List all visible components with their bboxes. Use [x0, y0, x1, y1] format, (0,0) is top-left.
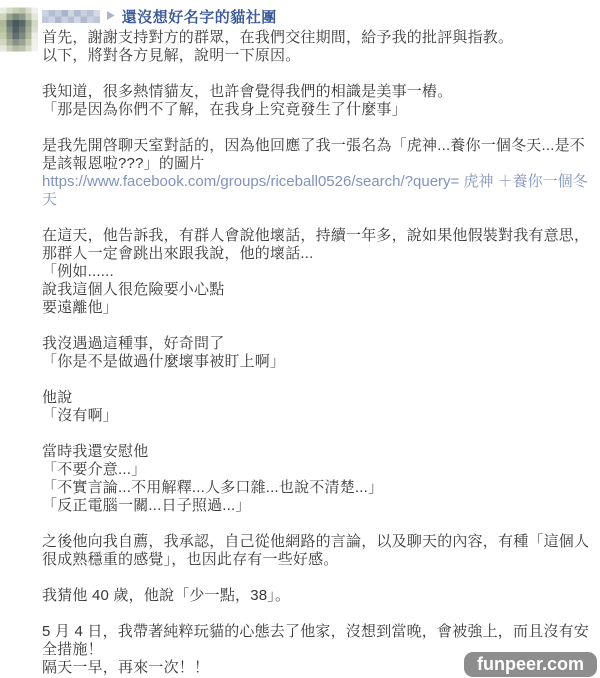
- post-text-line: [42, 65, 588, 83]
- post-text-line: [42, 371, 588, 389]
- post-text-line: [42, 317, 588, 335]
- arrow-right-icon: ▶: [107, 10, 115, 22]
- post-text-line: [42, 425, 588, 443]
- post-body: 首先，謝謝支持對方的群眾，在我們交往期間，給予我的批評與指教。以下，將對各方見解…: [42, 29, 588, 677]
- post-text-line: 要遠離他」: [42, 299, 588, 317]
- post-text-line: 是我先開啓聊天室對話的，因為他回應了我一張名為「虎神...養你一個冬天...是不: [42, 137, 588, 155]
- post-text-line: 以下，將對各方見解，說明一下原因。: [42, 47, 588, 65]
- post-text-line: 之後他向我自薦，我承認，自己從他網路的言論，以及聊天的內容，有種「這個人: [42, 533, 588, 551]
- post-text-line: [42, 569, 588, 587]
- post-text-line: 「不要介意...」: [42, 461, 588, 479]
- post-text-line: 「反正電腦一關...日子照過...」: [42, 497, 588, 515]
- post-text-line: 我沒遇過這種事，好奇問了: [42, 335, 588, 353]
- post-text-line: 是該報恩啦???」的圖片: [42, 155, 588, 173]
- post-text-line: 「不實言論...不用解釋...人多口雜...也說不清楚...」: [42, 479, 588, 497]
- facebook-group-post: ▶ 還沒想好名字的貓社團 首先，謝謝支持對方的群眾，在我們交往期間，給予我的批評…: [0, 0, 600, 678]
- group-name-link[interactable]: 還沒想好名字的貓社團: [122, 6, 277, 27]
- post-text-line: 那群人一定會跳出來跟我說，他的壞話...: [42, 245, 588, 263]
- blurred-pixels: [42, 10, 100, 23]
- post-text-line: [42, 119, 588, 137]
- post-text-line: 我猜他 40 歲，他說「少一點，38」。: [42, 587, 588, 605]
- watermark-badge: funpeer.com: [464, 652, 597, 677]
- post-text-line: 首先，謝謝支持對方的群眾，在我們交往期間，給予我的批評與指教。: [42, 29, 588, 47]
- post-content: ▶ 還沒想好名字的貓社團 首先，謝謝支持對方的群眾，在我們交往期間，給予我的批評…: [42, 6, 588, 677]
- post-text-line: [42, 605, 588, 623]
- post-text-line: 「那是因為你們不了解，在我身上究竟發生了什麼事」: [42, 101, 588, 119]
- post-text-line: 在這天，他告訴我，有群人會說他壞話，持續一年多，說如果他假裝對我有意思，: [42, 227, 588, 245]
- post-text-line: [42, 515, 588, 533]
- post-text-line: 說我這個人很危險要小心點: [42, 281, 588, 299]
- post-link-line[interactable]: 天: [42, 191, 588, 209]
- post-text-line: 他說: [42, 389, 588, 407]
- post-text-line: 5 月 4 日，我帶著純粹玩貓的心態去了他家，沒想到當晚，會被強上，而且沒有安: [42, 623, 588, 641]
- avatar-pixelated-image: [0, 7, 38, 52]
- post-text-line: 當時我還安慰他: [42, 443, 588, 461]
- post-text-line: 我知道，很多熱情貓友，也許會覺得我們的相識是美事一樁。: [42, 83, 588, 101]
- post-link-line[interactable]: https://www.facebook.com/groups/riceball…: [42, 173, 588, 191]
- avatar[interactable]: [0, 7, 38, 52]
- post-text-line: [42, 209, 588, 227]
- post-header: ▶ 還沒想好名字的貓社團: [42, 6, 588, 26]
- post-text-line: 「例如......: [42, 263, 588, 281]
- post-text-line: 很成熟穩重的感覺」，也因此存有一些好感。: [42, 551, 588, 569]
- post-text-line: 「沒有啊」: [42, 407, 588, 425]
- post-text-line: 「你是不是做過什麼壞事被盯上啊」: [42, 353, 588, 371]
- author-name-blurred[interactable]: [42, 10, 100, 23]
